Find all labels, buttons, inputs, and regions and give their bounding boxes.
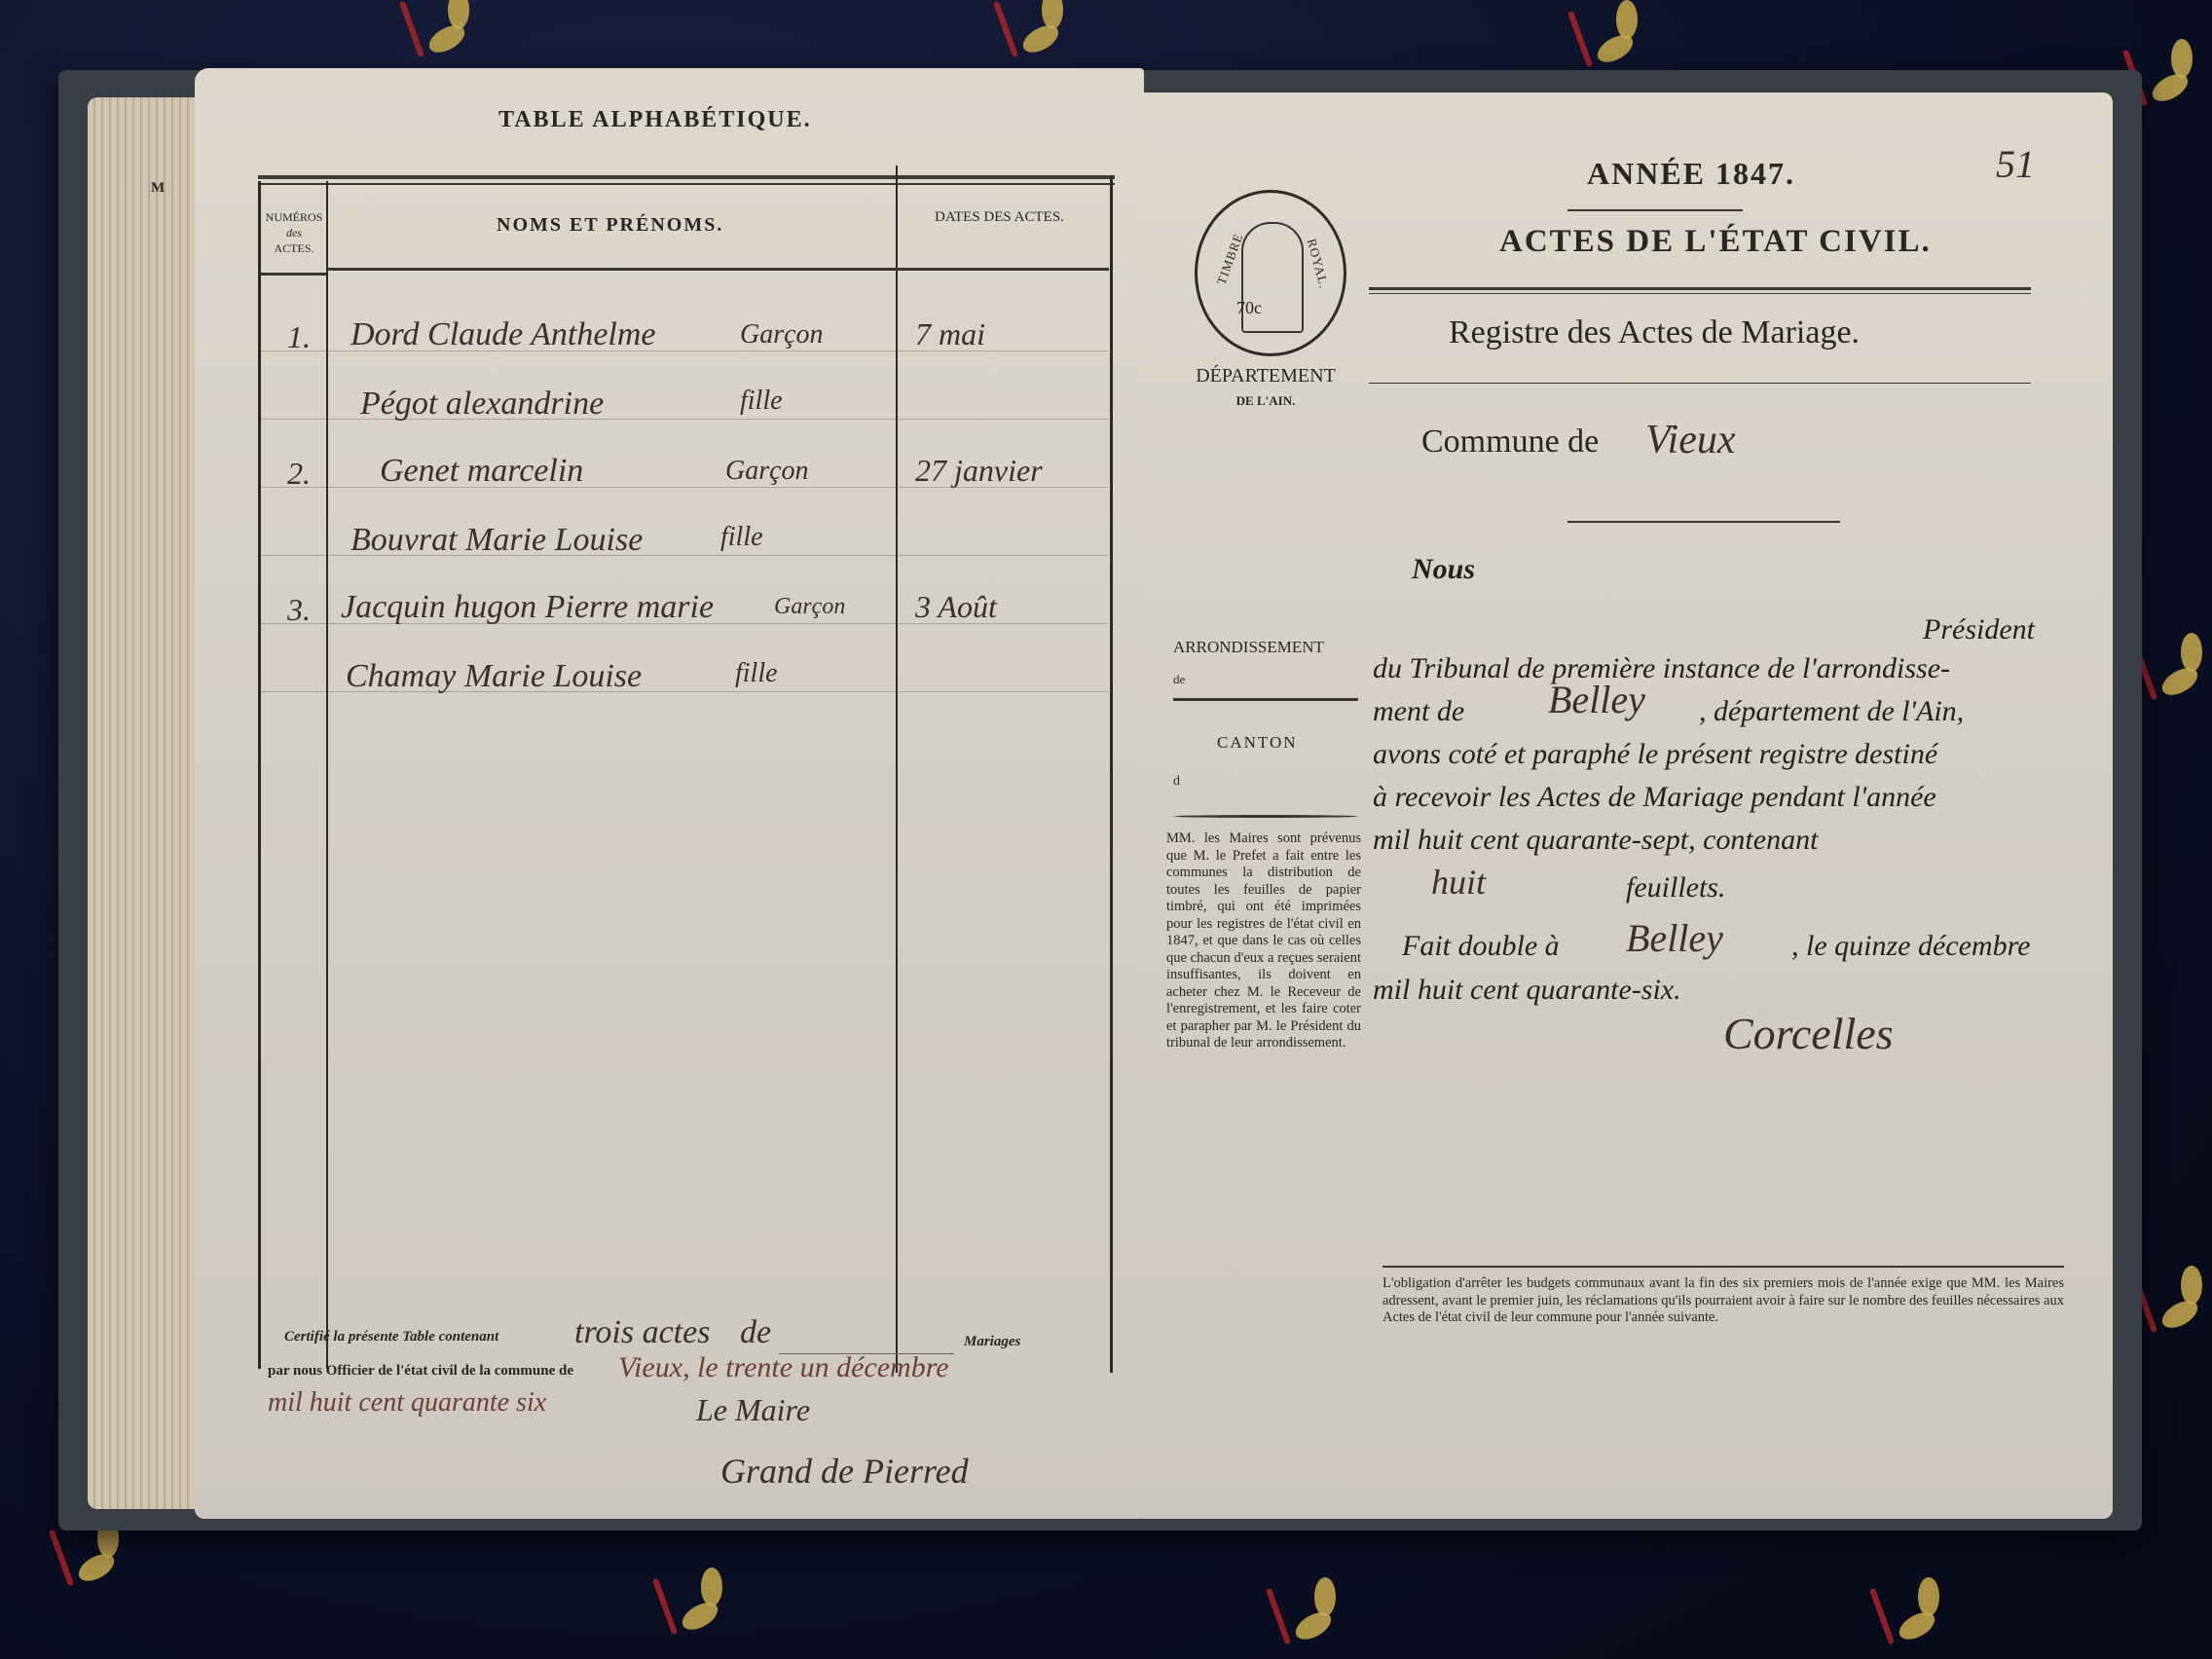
cert-printed-2: par nous Officier de l'état civil de la … xyxy=(268,1363,573,1380)
act-number: 3. xyxy=(287,592,311,628)
groom-status: Garçon xyxy=(774,594,845,620)
title-double-rule-inner xyxy=(1369,293,2031,294)
header-underline xyxy=(261,273,327,276)
nous-label: Nous xyxy=(1412,548,1475,591)
column-divider xyxy=(326,181,328,1369)
groom-name: Dord Claude Anthelme xyxy=(350,316,656,353)
mayor-signature: Grand de Pierred xyxy=(720,1451,969,1492)
fait-line: , le quinze décembre xyxy=(1791,925,2030,968)
table-top-border xyxy=(258,175,1115,179)
page-edges xyxy=(88,97,204,1509)
header-numbers-line: des xyxy=(265,225,323,240)
header-underline xyxy=(328,268,1109,271)
stamp-value: 70c xyxy=(1236,298,1262,318)
main-title: ACTES DE L'ÉTAT CIVIL. xyxy=(1499,224,1932,260)
canton-d: d xyxy=(1173,774,1180,790)
groom-name: Genet marcelin xyxy=(380,453,583,490)
declaration-line: mil huit cent quarante-sept, contenant xyxy=(1373,819,1818,862)
table-left-border xyxy=(258,181,261,1369)
bride-status: fille xyxy=(735,658,778,689)
act-date: 3 Août xyxy=(915,589,997,625)
president-signature: Corcelles xyxy=(1723,1008,1894,1059)
department-line: DÉPARTEMENT xyxy=(1178,365,1353,387)
flower-motif xyxy=(58,1519,127,1606)
register-subtitle: Registre des Actes de Mariage. xyxy=(1449,314,1860,351)
flower-motif xyxy=(662,1567,730,1655)
president-label: Président xyxy=(1923,608,2035,651)
bride-status: fille xyxy=(720,522,763,553)
fait-place: Belley xyxy=(1626,915,1723,961)
cert-year: mil huit cent quarante six xyxy=(268,1387,546,1419)
ornament-divider xyxy=(1567,521,1840,523)
declaration-line: , département de l'Ain, xyxy=(1699,690,1964,733)
page-number: 51 xyxy=(1996,141,2035,187)
stamp-right-text: ROYAL. xyxy=(1304,238,1332,291)
leaves-label: feuillets. xyxy=(1626,866,1725,909)
flower-motif xyxy=(1003,0,1071,78)
act-date: 27 janvier xyxy=(915,453,1043,489)
act-number: 2. xyxy=(287,456,311,492)
year-heading: ANNÉE 1847. xyxy=(1587,156,1795,192)
arrondissement-de: de xyxy=(1173,672,1185,687)
footer-notice: L'obligation d'arrêter les budgets commu… xyxy=(1382,1275,2064,1327)
act-number: 1. xyxy=(287,319,311,355)
cert-commune-date: Vieux, le trente un décembre xyxy=(618,1351,949,1384)
margin-letter: M xyxy=(151,180,166,197)
arrondissement-name: Belley xyxy=(1548,677,1645,722)
title-double-rule xyxy=(1369,287,2031,290)
cert-maire: Le Maire xyxy=(696,1392,810,1428)
act-date: 7 mai xyxy=(915,316,985,352)
flower-motif xyxy=(2142,1266,2210,1353)
bride-name: Chamay Marie Louise xyxy=(346,658,642,695)
cert-de: de xyxy=(740,1314,771,1351)
royal-stamp: TIMBRE ROYAL. 70c xyxy=(1195,190,1346,356)
bride-status: fille xyxy=(740,386,783,417)
header-dates: DATES DES ACTES. xyxy=(935,209,1064,226)
header-numbers-line: ACTES. xyxy=(265,240,323,256)
bride-name: Pégot alexandrine xyxy=(360,386,604,423)
declaration-line: du Tribunal de première instance de l'ar… xyxy=(1373,647,1950,690)
table-title: TABLE ALPHABÉTIQUE. xyxy=(498,107,812,133)
declaration-line: avons coté et paraphé le présent registr… xyxy=(1373,733,1937,776)
groom-status: Garçon xyxy=(725,456,809,487)
flower-motif xyxy=(2132,39,2200,127)
column-divider xyxy=(896,166,898,1373)
cert-printed-1: Certifié la présente Table contenant xyxy=(284,1329,498,1346)
commune-label: Commune de xyxy=(1421,424,1599,461)
groom-status: Garçon xyxy=(740,319,824,350)
declaration-line: à recevoir les Actes de Mariage pendant … xyxy=(1373,776,1936,819)
side-notice: MM. les Maires sont prévenus que M. le P… xyxy=(1166,830,1361,1052)
ornament-divider xyxy=(1567,209,1743,211)
flower-motif xyxy=(1879,1577,1947,1659)
fait-year: mil huit cent quarante-six. xyxy=(1373,969,1681,1012)
header-names: NOMS ET PRÉNOMS. xyxy=(497,214,723,237)
side-flourish xyxy=(1173,815,1358,818)
arrondissement-label: ARRONDISSEMENT xyxy=(1173,638,1324,657)
groom-name: Jacquin hugon Pierre marie xyxy=(341,589,714,626)
blank-rule xyxy=(1369,383,2031,384)
fait-line: Fait double à xyxy=(1402,925,1560,968)
flower-motif xyxy=(2142,633,2210,720)
commune-name: Vieux xyxy=(1645,417,1736,463)
left-page: M TABLE ALPHABÉTIQUE. NUMÉROS des ACTES.… xyxy=(195,68,1144,1519)
right-page: 51 ANNÉE 1847. TIMBRE ROYAL. 70c ACTES D… xyxy=(1139,92,2113,1519)
cert-mariages: Mariages xyxy=(964,1334,1020,1350)
flower-motif xyxy=(409,0,477,78)
department-block: DÉPARTEMENT DE L'AIN. xyxy=(1178,365,1353,409)
table-top-border-inner xyxy=(258,183,1115,185)
department-name: DE L'AIN. xyxy=(1178,393,1353,409)
header-numbers-line: NUMÉROS xyxy=(265,209,323,225)
canton-label: CANTON xyxy=(1217,733,1298,753)
cert-count: trois actes xyxy=(574,1314,710,1351)
bride-name: Bouvrat Marie Louise xyxy=(350,522,643,559)
leaves-count: huit xyxy=(1431,862,1486,903)
header-numbers: NUMÉROS des ACTES. xyxy=(265,209,323,256)
side-rule xyxy=(1173,698,1358,701)
declaration-line: ment de xyxy=(1373,690,1464,733)
footer-rule xyxy=(1382,1266,2064,1268)
table-right-border xyxy=(1110,175,1113,1373)
flower-motif xyxy=(1275,1577,1344,1659)
